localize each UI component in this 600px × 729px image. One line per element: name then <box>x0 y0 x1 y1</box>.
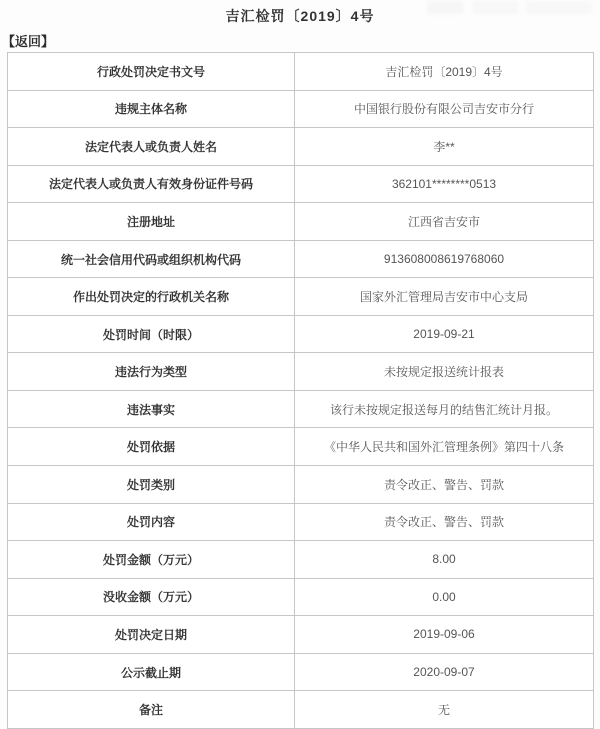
row-value: 913608008619768060 <box>295 240 594 278</box>
table-row: 违法事实 该行未按规定报送每月的结售汇统计月报。 <box>8 390 594 428</box>
row-value: 362101********0513 <box>295 165 594 203</box>
row-label: 法定代表人或负责人有效身份证件号码 <box>8 165 295 203</box>
row-label: 处罚依据 <box>8 428 295 466</box>
table-row: 公示截止期 2020-09-07 <box>8 653 594 691</box>
table-row: 行政处罚决定书文号 吉汇检罚〔2019〕4号 <box>8 53 594 91</box>
row-value: 《中华人民共和国外汇管理条例》第四十八条 <box>295 428 594 466</box>
row-value: 2019-09-06 <box>295 616 594 654</box>
row-value: 2019-09-21 <box>295 315 594 353</box>
row-value: 8.00 <box>295 541 594 579</box>
row-label: 处罚时间（时限） <box>8 315 295 353</box>
row-value: 责令改正、警告、罚款 <box>295 503 594 541</box>
penalty-table: 行政处罚决定书文号 吉汇检罚〔2019〕4号 违规主体名称 中国银行股份有限公司… <box>7 52 594 729</box>
row-value: 责令改正、警告、罚款 <box>295 466 594 504</box>
table-row: 处罚类别 责令改正、警告、罚款 <box>8 466 594 504</box>
row-label: 作出处罚决定的行政机关名称 <box>8 278 295 316</box>
row-label: 违法行为类型 <box>8 353 295 391</box>
row-label: 行政处罚决定书文号 <box>8 53 295 91</box>
row-label: 处罚内容 <box>8 503 295 541</box>
row-label: 注册地址 <box>8 203 295 241</box>
row-label: 统一社会信用代码或组织机构代码 <box>8 240 295 278</box>
row-value: 吉汇检罚〔2019〕4号 <box>295 53 594 91</box>
penalty-table-body: 行政处罚决定书文号 吉汇检罚〔2019〕4号 违规主体名称 中国银行股份有限公司… <box>8 53 594 729</box>
table-row: 处罚时间（时限） 2019-09-21 <box>8 315 594 353</box>
table-row: 没收金额（万元） 0.00 <box>8 578 594 616</box>
table-row: 处罚金额（万元） 8.00 <box>8 541 594 579</box>
row-value: 国家外汇管理局吉安市中心支局 <box>295 278 594 316</box>
row-label: 没收金额（万元） <box>8 578 295 616</box>
row-value: 该行未按规定报送每月的结售汇统计月报。 <box>295 390 594 428</box>
table-row: 备注 无 <box>8 691 594 729</box>
row-label: 处罚决定日期 <box>8 616 295 654</box>
row-label: 违规主体名称 <box>8 90 295 128</box>
table-row: 法定代表人或负责人有效身份证件号码 362101********0513 <box>8 165 594 203</box>
back-link[interactable]: 【返回】 <box>2 31 54 50</box>
row-label: 处罚类别 <box>8 466 295 504</box>
watermark-smudge <box>427 1 592 14</box>
table-row: 作出处罚决定的行政机关名称 国家外汇管理局吉安市中心支局 <box>8 278 594 316</box>
row-label: 公示截止期 <box>8 653 295 691</box>
table-row: 处罚依据 《中华人民共和国外汇管理条例》第四十八条 <box>8 428 594 466</box>
row-value: 中国银行股份有限公司吉安市分行 <box>295 90 594 128</box>
row-value: 2020-09-07 <box>295 653 594 691</box>
row-value: 无 <box>295 691 594 729</box>
row-value: 江西省吉安市 <box>295 203 594 241</box>
row-value: 李** <box>295 128 594 166</box>
row-label: 备注 <box>8 691 295 729</box>
row-value: 0.00 <box>295 578 594 616</box>
table-row: 法定代表人或负责人姓名 李** <box>8 128 594 166</box>
row-label: 处罚金额（万元） <box>8 541 295 579</box>
table-row: 违法行为类型 未按规定报送统计报表 <box>8 353 594 391</box>
table-row: 违规主体名称 中国银行股份有限公司吉安市分行 <box>8 90 594 128</box>
table-row: 处罚内容 责令改正、警告、罚款 <box>8 503 594 541</box>
row-value: 未按规定报送统计报表 <box>295 353 594 391</box>
row-label: 法定代表人或负责人姓名 <box>8 128 295 166</box>
table-row: 处罚决定日期 2019-09-06 <box>8 616 594 654</box>
row-label: 违法事实 <box>8 390 295 428</box>
table-row: 统一社会信用代码或组织机构代码 913608008619768060 <box>8 240 594 278</box>
table-row: 注册地址 江西省吉安市 <box>8 203 594 241</box>
